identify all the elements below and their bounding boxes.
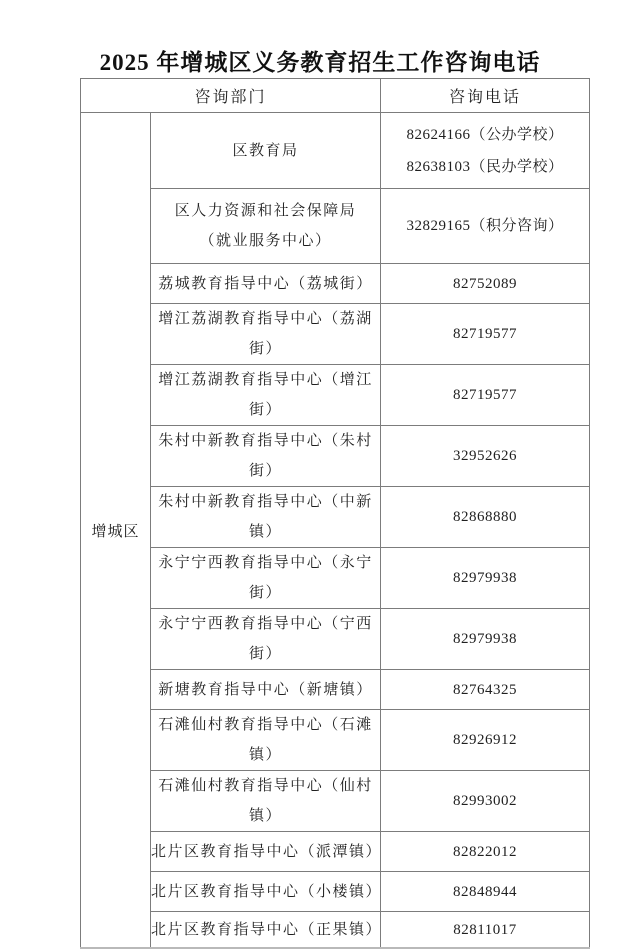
table-row: 增城区 区教育局 82624166（公办学校） 82638103（民办学校） (81, 113, 590, 189)
table-row: 永宁宁西教育指导中心（宁西街） 82979938 (81, 609, 590, 670)
department-cell: 石滩仙村教育指导中心（仙村镇） (151, 771, 381, 832)
department-cell: 区教育局 (151, 113, 381, 189)
phone-cell: 82624166（公办学校） 82638103（民办学校） (381, 113, 590, 189)
consultation-table: 咨询部门 咨询电话 增城区 区教育局 82624166（公办学校） 826381… (80, 78, 590, 949)
department-cell: 北片区教育指导中心（正果镇） (151, 912, 381, 949)
phone-cell: 82719577 (381, 304, 590, 365)
phone-cell: 82926912 (381, 710, 590, 771)
phone-cell: 82993002 (381, 771, 590, 832)
department-cell: 永宁宁西教育指导中心（永宁街） (151, 548, 381, 609)
phone-cell: 32952626 (381, 426, 590, 487)
phone-cell: 82719577 (381, 365, 590, 426)
phone-cell: 82822012 (381, 832, 590, 872)
table-header-row: 咨询部门 咨询电话 (81, 79, 590, 113)
phone-cell: 32829165（积分咨询） (381, 189, 590, 264)
table-row: 荔城教育指导中心（荔城街） 82752089 (81, 264, 590, 304)
phone-cell: 82811017 (381, 912, 590, 949)
phone-cell: 82868880 (381, 487, 590, 548)
table-row: 新塘教育指导中心（新塘镇） 82764325 (81, 670, 590, 710)
department-line: （就业服务中心） (151, 226, 380, 256)
department-cell: 朱村中新教育指导中心（朱村街） (151, 426, 381, 487)
department-line: 区人力资源和社会保障局 (151, 196, 380, 226)
table-row: 北片区教育指导中心（派潭镇） 82822012 (81, 832, 590, 872)
table-row: 北片区教育指导中心（小楼镇） 82848944 (81, 872, 590, 912)
table-row: 北片区教育指导中心（正果镇） 82811017 (81, 912, 590, 949)
table-row: 区人力资源和社会保障局 （就业服务中心） 32829165（积分咨询） (81, 189, 590, 264)
table-row: 增江荔湖教育指导中心（荔湖街） 82719577 (81, 304, 590, 365)
department-cell: 区人力资源和社会保障局 （就业服务中心） (151, 189, 381, 264)
page-title: 2025 年增城区义务教育招生工作咨询电话 (0, 0, 640, 78)
phone-cell: 82764325 (381, 670, 590, 710)
department-cell: 增江荔湖教育指导中心（荔湖街） (151, 304, 381, 365)
table-row: 朱村中新教育指导中心（中新镇） 82868880 (81, 487, 590, 548)
phone-line: 82638103（民办学校） (381, 151, 589, 183)
department-cell: 增江荔湖教育指导中心（增江街） (151, 365, 381, 426)
phone-cell: 82979938 (381, 609, 590, 670)
department-cell: 荔城教育指导中心（荔城街） (151, 264, 381, 304)
table-row: 永宁宁西教育指导中心（永宁街） 82979938 (81, 548, 590, 609)
department-cell: 石滩仙村教育指导中心（石滩镇） (151, 710, 381, 771)
header-phone: 咨询电话 (381, 79, 590, 113)
department-cell: 永宁宁西教育指导中心（宁西街） (151, 609, 381, 670)
phone-cell: 82979938 (381, 548, 590, 609)
phone-cell: 82752089 (381, 264, 590, 304)
phone-cell: 82848944 (381, 872, 590, 912)
department-cell: 朱村中新教育指导中心（中新镇） (151, 487, 381, 548)
phone-line: 82624166（公办学校） (381, 119, 589, 151)
table-row: 增江荔湖教育指导中心（增江街） 82719577 (81, 365, 590, 426)
department-cell: 新塘教育指导中心（新塘镇） (151, 670, 381, 710)
table-row: 朱村中新教育指导中心（朱村街） 32952626 (81, 426, 590, 487)
table-row: 石滩仙村教育指导中心（仙村镇） 82993002 (81, 771, 590, 832)
table-row: 石滩仙村教育指导中心（石滩镇） 82926912 (81, 710, 590, 771)
department-cell: 北片区教育指导中心（派潭镇） (151, 832, 381, 872)
department-cell: 北片区教育指导中心（小楼镇） (151, 872, 381, 912)
region-cell: 增城区 (81, 113, 151, 949)
header-department: 咨询部门 (81, 79, 381, 113)
